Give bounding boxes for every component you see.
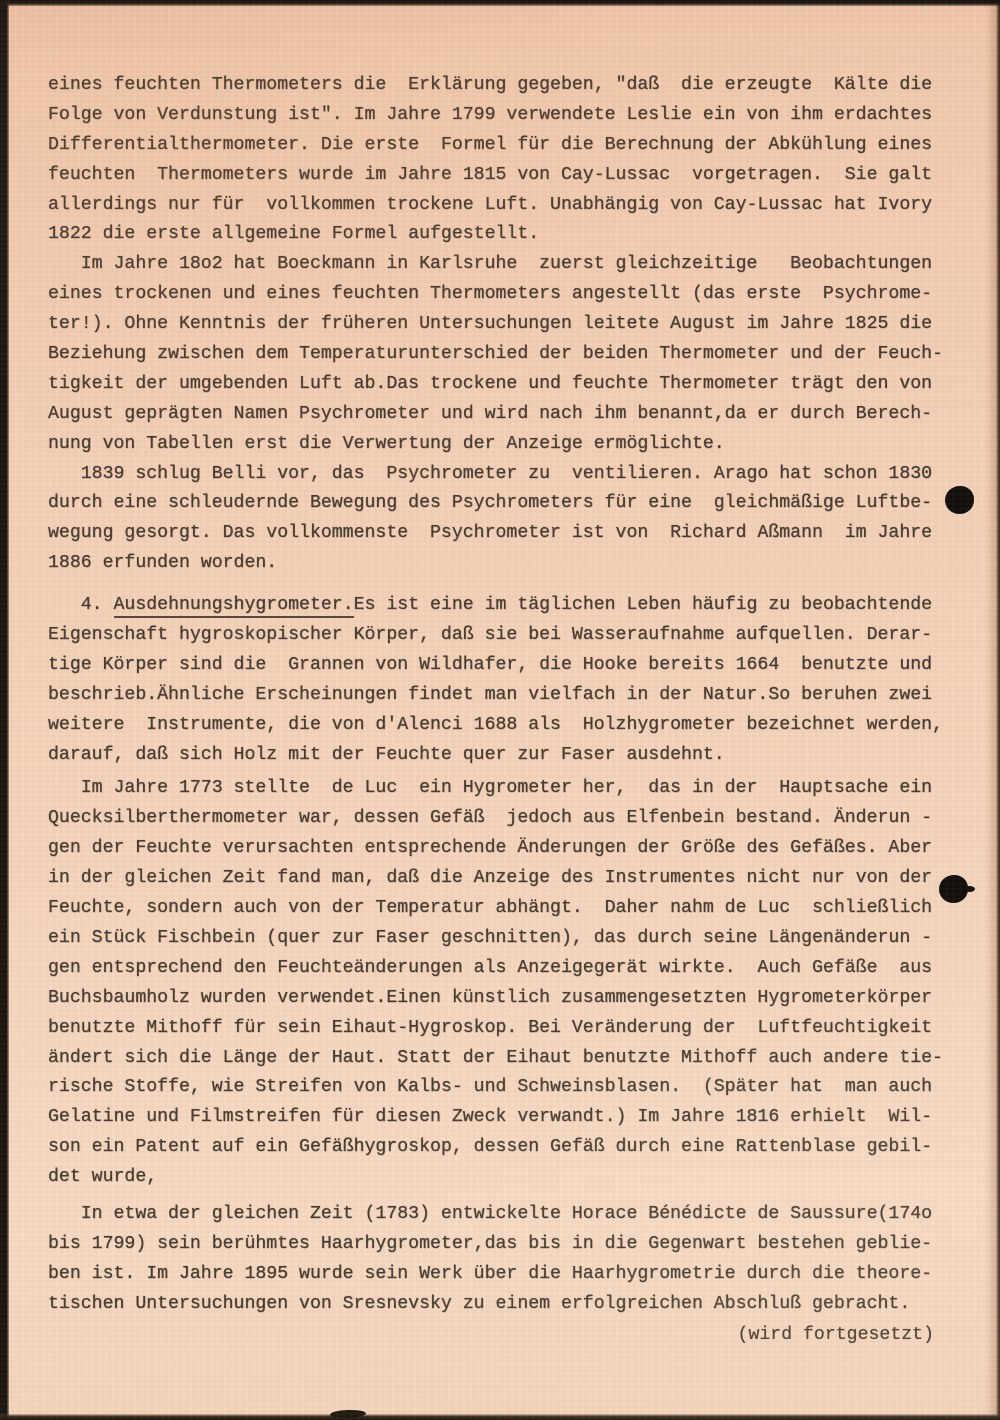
text-line: Folge von Verdunstung ist". Im Jahre 179… xyxy=(48,101,958,131)
text-line: det wurde, xyxy=(48,1163,958,1193)
text-line: tischen Untersuchungen von Sresnevsky zu… xyxy=(48,1290,958,1320)
paragraph: eines feuchten Thermometers die Erklärun… xyxy=(48,71,958,250)
text-line: nung von Tabellen erst die Verwertung de… xyxy=(48,430,958,460)
text-segment: Es ist eine im täglichen Leben häufig zu… xyxy=(354,595,932,615)
text-line: darauf, daß sich Holz mit der Feuchte qu… xyxy=(48,741,958,771)
text-line: son ein Patent auf ein Gefäßhygroskop, d… xyxy=(48,1133,958,1163)
text-line: tige Körper sind die Grannen von Wildhaf… xyxy=(48,651,958,681)
text-line: Im Jahre 18o2 hat Boeckmann in Karlsruhe… xyxy=(48,250,958,280)
text-line: August geprägten Namen Psychrometer und … xyxy=(48,400,958,430)
text-line: benutzte Mithoff für sein Eihaut-Hygrosk… xyxy=(48,1014,958,1044)
text-line: ändert sich die Länge der Haut. Statt de… xyxy=(48,1044,958,1074)
text-line: gen der Feuchte verursachten entsprechen… xyxy=(48,834,958,864)
text-line: Feuchte, sondern auch von der Temperatur… xyxy=(48,894,958,924)
text-line: eines trockenen und eines feuchten Therm… xyxy=(48,280,958,310)
text-line: 4. Ausdehnungshygrometer.Es ist eine im … xyxy=(48,591,958,621)
text-line: tigkeit der umgebenden Luft ab.Das trock… xyxy=(48,370,958,400)
text-line: ter!). Ohne Kenntnis der früheren Unters… xyxy=(48,310,958,340)
paragraph: 4. Ausdehnungshygrometer.Es ist eine im … xyxy=(48,591,958,770)
text-line: wegung gesorgt. Das vollkommenste Psychr… xyxy=(48,519,958,549)
text-line: Im Jahre 1773 stellte de Luc ein Hygrome… xyxy=(48,774,958,804)
continuation-note: (wird fortgesetzt) xyxy=(738,1321,934,1351)
text-line: in der gleichen Zeit fand man, daß die A… xyxy=(48,864,958,894)
paragraph: In etwa der gleichen Zeit (1783) entwick… xyxy=(48,1200,958,1320)
text-line: In etwa der gleichen Zeit (1783) entwick… xyxy=(48,1200,958,1230)
text-line: 1822 die erste allgemeine Formel aufgest… xyxy=(48,220,958,250)
text-line: Quecksilberthermometer war, dessen Gefäß… xyxy=(48,804,958,834)
text-line: 1886 erfunden worden. xyxy=(48,549,958,579)
text-line: Beziehung zwischen dem Temperaturuntersc… xyxy=(48,340,958,370)
paragraph: Im Jahre 1773 stellte de Luc ein Hygrome… xyxy=(48,774,958,1192)
scan-edge-bottom xyxy=(0,1414,1000,1420)
text-line: rische Stoffe, wie Streifen von Kalbs- u… xyxy=(48,1073,958,1103)
paragraph: Im Jahre 18o2 hat Boeckmann in Karlsruhe… xyxy=(48,250,958,459)
text-line: Differentialthermometer. Die erste Forme… xyxy=(48,131,958,161)
text-line: durch eine schleudernde Bewegung des Psy… xyxy=(48,489,958,519)
section-heading: Ausdehnungshygrometer. xyxy=(114,595,354,618)
scan-edge-left xyxy=(0,0,9,1420)
text-line: ben ist. Im Jahre 1895 wurde sein Werk ü… xyxy=(48,1260,958,1290)
text-line: Gelatine und Filmstreifen für diesen Zwe… xyxy=(48,1103,958,1133)
text-line: 1839 schlug Belli vor, das Psychrometer … xyxy=(48,460,958,490)
text-line: feuchten Thermometers wurde im Jahre 181… xyxy=(48,161,958,191)
text-line: ein Stück Fischbein (quer zur Faser gesc… xyxy=(48,924,958,954)
text-line: beschrieb.Ähnliche Erscheinungen findet … xyxy=(48,681,958,711)
text-line: bis 1799) sein berühmtes Haarhygrometer,… xyxy=(48,1230,958,1260)
scan-edge-right xyxy=(985,0,1000,1420)
text-line: allerdings nur für vollkommen trockene L… xyxy=(48,191,958,221)
text-line: eines feuchten Thermometers die Erklärun… xyxy=(48,71,958,101)
punch-hole-top xyxy=(945,486,974,514)
text-line: Buchsbaumholz wurden verwendet.Einen kün… xyxy=(48,984,958,1014)
punch-hole-bottom xyxy=(939,875,968,903)
scan-edge-top xyxy=(0,0,1000,6)
text-line: Eigenschaft hygroskopischer Körper, daß … xyxy=(48,621,958,651)
text-line: gen entsprechend den Feuchteänderungen a… xyxy=(48,954,958,984)
scanned-page: eines feuchten Thermometers die Erklärun… xyxy=(0,0,1000,1420)
text-segment: 4. xyxy=(48,595,114,615)
paragraph: 1839 schlug Belli vor, das Psychrometer … xyxy=(48,460,958,580)
text-line: weitere Instrumente, die von d'Alenci 16… xyxy=(48,711,958,741)
document-text: eines feuchten Thermometers die Erklärun… xyxy=(48,71,958,1320)
